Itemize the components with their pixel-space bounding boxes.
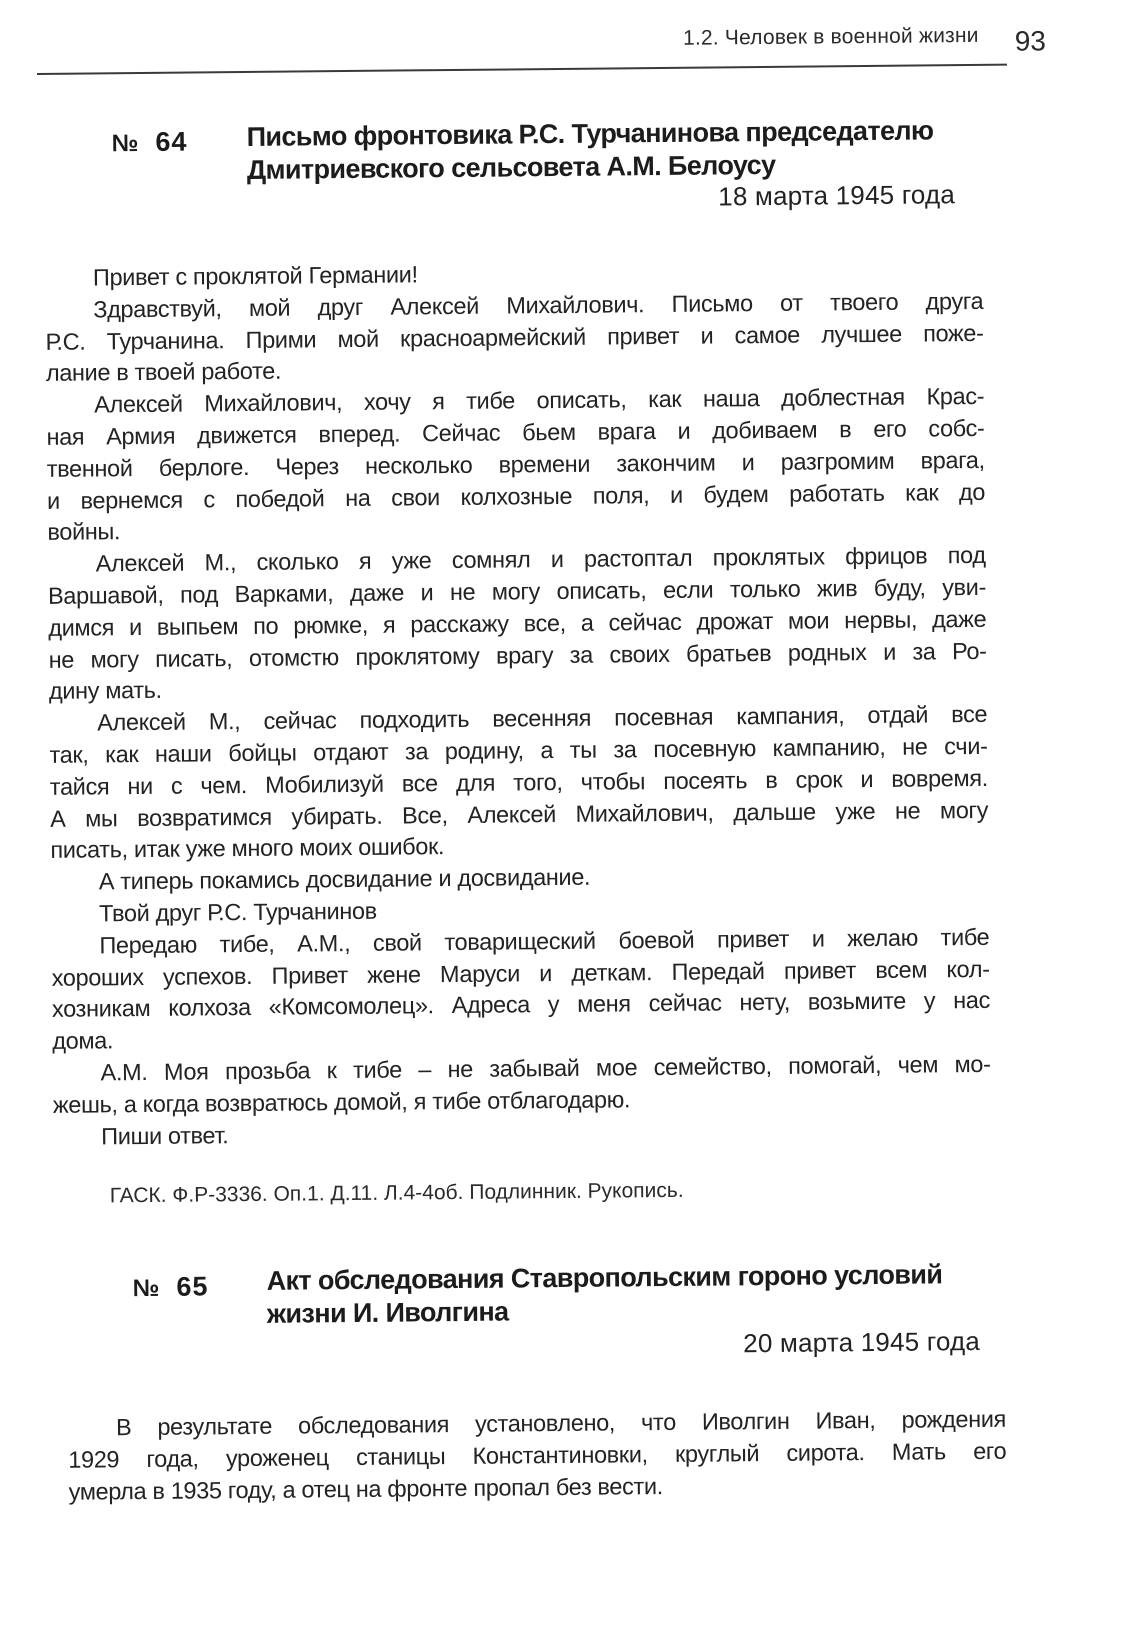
title-line: Письмо фронтовика Р.С. Турчанинова предс… <box>246 114 933 154</box>
document-title: Письмо фронтовика Р.С. Турчанинова предс… <box>246 114 933 187</box>
document-number: №64 <box>112 127 188 159</box>
document-number-value: 65 <box>176 1271 208 1301</box>
archive-reference: ГАСК. Ф.Р-3336. Оп.1. Д.11. Л.4-4об. Под… <box>110 1179 684 1209</box>
running-section-title: 1.2. Человек в военной жизни <box>683 24 979 51</box>
page-number: 93 <box>1015 25 1046 57</box>
running-header: 1.2. Человек в военной жизни <box>37 18 1007 79</box>
header-divider <box>37 64 1007 75</box>
document-body: В результате обследования установлено, ч… <box>68 1404 1007 1508</box>
title-line: Акт обследования Ставропольским гороно у… <box>266 1258 942 1297</box>
document-title: Акт обследования Ставропольским гороно у… <box>266 1258 942 1330</box>
book-page: 1.2. Человек в военной жизни 93 №64 Пись… <box>0 0 1146 1644</box>
document-64: №64 Письмо фронтовика Р.С. Турчанинова п… <box>0 0 1138 5</box>
document-number-value: 64 <box>155 127 187 157</box>
document-date: 20 марта 1945 года <box>743 1326 980 1359</box>
number-sign: № <box>112 130 140 157</box>
document-65: №65 Акт обследования Ставропольским горо… <box>0 0 1138 5</box>
number-sign: № <box>133 1275 161 1302</box>
document-date: 18 марта 1945 года <box>718 179 955 212</box>
title-line: жизни И. Иволгина <box>267 1291 943 1330</box>
document-body: Привет с проклятой Германии!Здравствуй, … <box>45 254 992 1153</box>
document-number: №65 <box>133 1271 209 1303</box>
